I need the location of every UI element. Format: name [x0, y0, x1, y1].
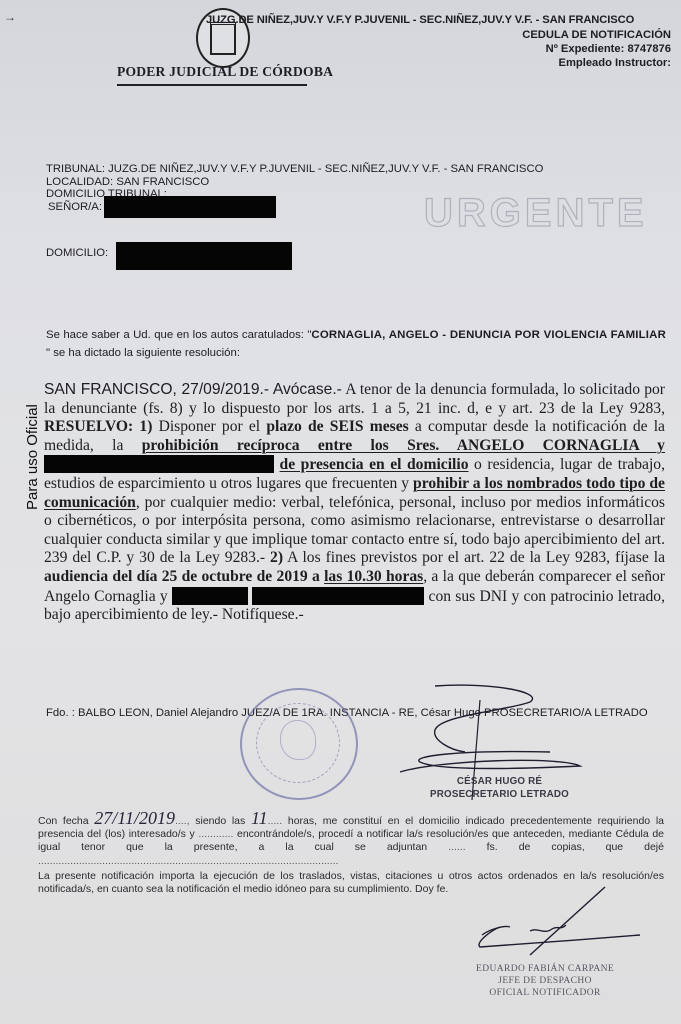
officer-name: EDUARDO FABIÁN CARPANE [476, 963, 614, 975]
handwritten-date: 27/11/2019 [94, 808, 175, 828]
institution-name: PODER JUDICIAL DE CÓRDOBA [117, 64, 333, 80]
document-type: CEDULA DE NOTIFICACIÓN [522, 28, 671, 42]
tribunal: TRIBUNAL: JUZG.DE NIÑEZ,JUV.Y V.F.Y P.JU… [46, 163, 543, 176]
court-name: JUZG.DE NIÑEZ,JUV.Y V.F.Y P.JUVENIL - SE… [206, 14, 634, 26]
redacted-party [252, 587, 424, 605]
divider [117, 84, 307, 86]
case-title: CORNAGLIA, ANGELO - DENUNCIA POR VIOLENC… [311, 329, 666, 341]
notification-text: Con fecha 27/11/2019...., siendo las 11.… [38, 812, 664, 868]
redacted-address [116, 242, 292, 270]
expediente: Nº Expediente: 8747876 [522, 42, 671, 56]
reciprocal-prohibition: prohibición recíproca entre los Sres. AN… [142, 437, 665, 454]
redacted-party [172, 587, 248, 605]
senor-label: SEÑOR/A: [48, 201, 102, 213]
redacted-name [104, 196, 276, 218]
handwritten-hour: 11 [251, 808, 268, 828]
localidad: LOCALIDAD: SAN FRANCISCO [46, 176, 543, 189]
resolution-text: SAN FRANCISCO, 27/09/2019.- Avócase.- A … [44, 381, 665, 625]
arrow-mark: → [4, 10, 16, 24]
intro-text: Se hace saber a Ud. que en los autos car… [46, 326, 666, 362]
expediente-number: 8747876 [627, 43, 671, 55]
redacted-party [44, 455, 274, 473]
official-use-label: Para uso Oficial [24, 390, 40, 510]
prosecretario-stamp: CÉSAR HUGO RÉ PROSECRETARIO LETRADO [430, 775, 569, 801]
signature-oficial [470, 885, 670, 965]
urgente-stamp: URGENTE [424, 191, 648, 236]
officer-stamp: EDUARDO FABIÁN CARPANE JEFE DE DESPACHO … [476, 963, 614, 999]
empleado-instructor: Empleado Instructor: [522, 56, 671, 70]
domicilio-label: DOMICILIO: [46, 247, 108, 259]
hearing-date: audiencia del día 25 de octubre de 2019 … [44, 568, 324, 585]
official-seal-stamp [240, 688, 358, 800]
header-info: CEDULA DE NOTIFICACIÓN Nº Expediente: 87… [522, 28, 671, 70]
